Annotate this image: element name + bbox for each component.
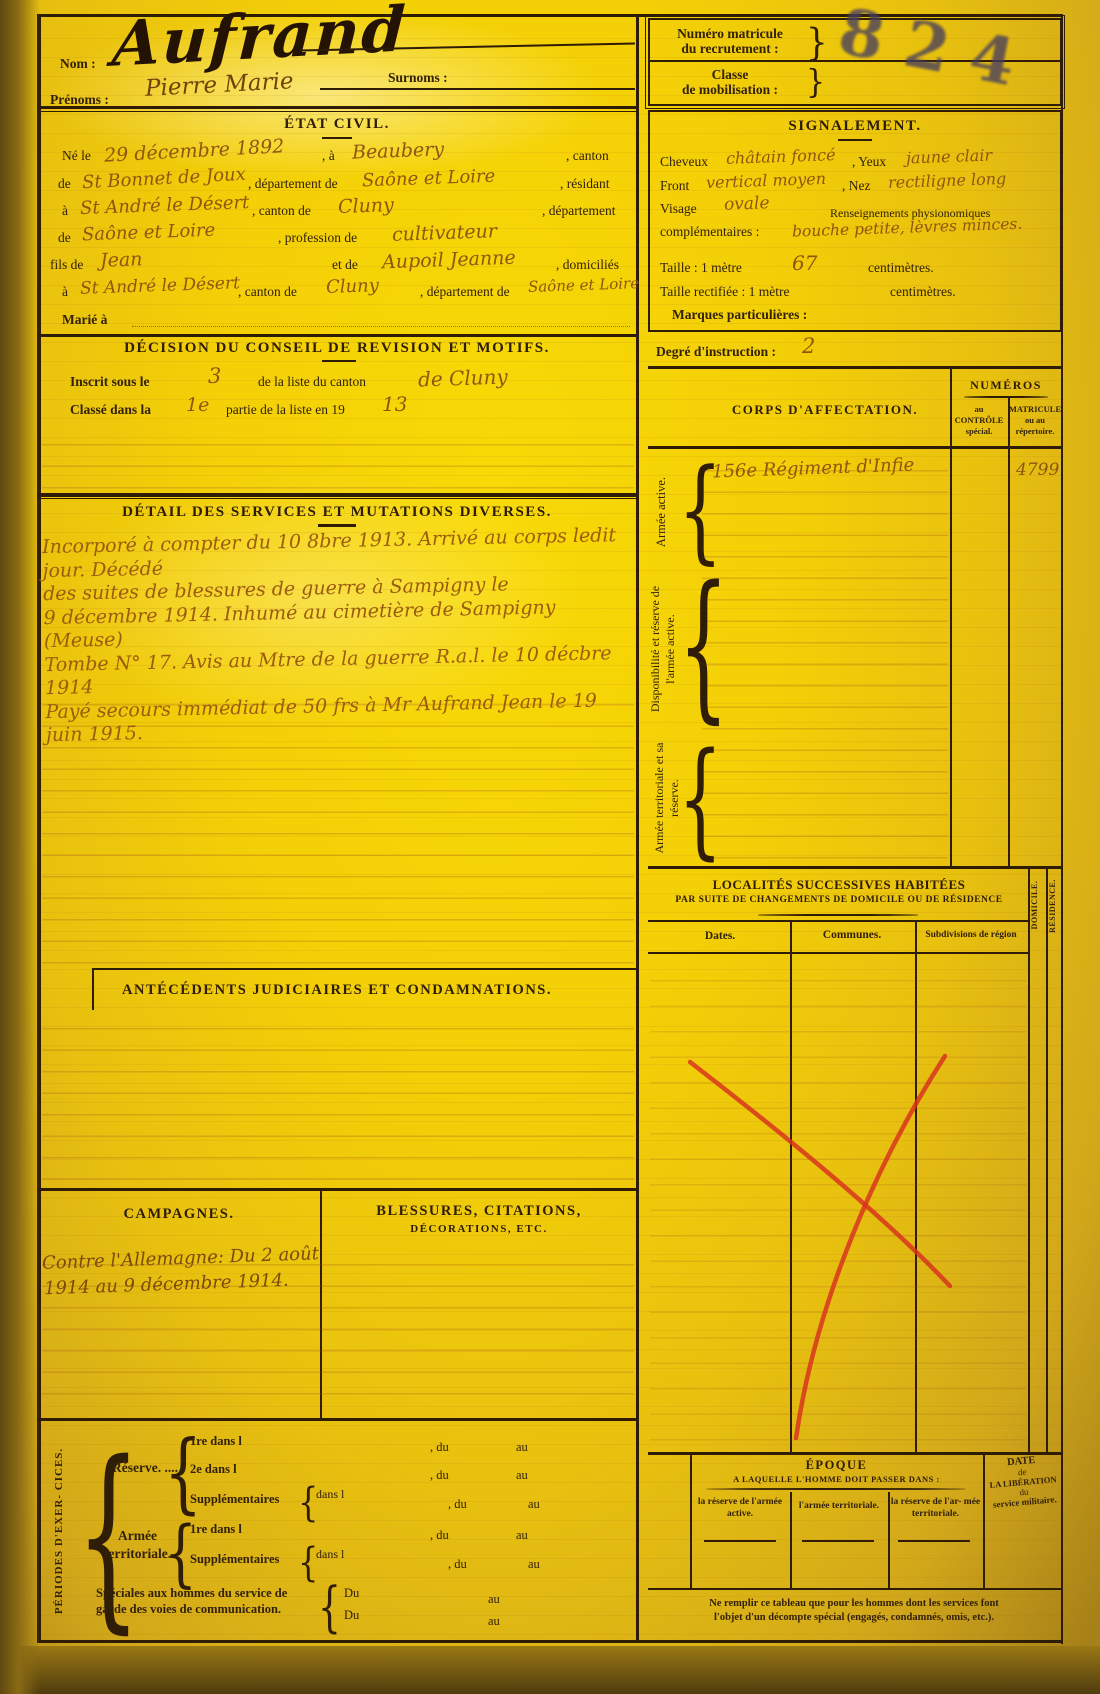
taille-rectifiee-unit: centimètres. (890, 284, 956, 300)
corps-bottom-rule (648, 866, 1062, 869)
de-label: de (58, 176, 71, 192)
controle-header-1: au (950, 404, 1008, 414)
communes-col-header: Communes. (790, 929, 914, 941)
controle-col-line (950, 369, 952, 866)
inscrit-label: Inscrit sous le (70, 374, 150, 390)
numeros-squiggle (964, 396, 1048, 398)
du-label: , du (430, 1468, 449, 1483)
et-de-label: et de (332, 257, 358, 273)
father-name-value: Jean (100, 248, 143, 271)
blessures-title: BLESSURES, CITATIONS, (322, 1203, 636, 1220)
taille-label: Taille : 1 mètre (660, 260, 742, 276)
classe-mobilisation-label-1: Classe (656, 67, 804, 83)
epoque-note-line1: Ne remplir ce tableau que pour les homme… (652, 1598, 1056, 1609)
epoque-col1-underline (704, 1540, 776, 1542)
departement-word: , département (542, 203, 615, 219)
classe-label: Classé dans la (70, 402, 151, 418)
speciales-brace: { (318, 1582, 341, 1636)
epoque-col2-header: l'armée territoriale. (792, 1500, 886, 1512)
marie-blank-line (132, 326, 630, 327)
taille-rectifiee-label: Taille rectifiée : 1 mètre (660, 284, 789, 300)
epoque-bottom-rule (648, 1588, 1062, 1590)
nez-label: , Nez (842, 178, 870, 194)
corps-blank-lines (702, 450, 948, 864)
matricule-col-line (1008, 398, 1010, 866)
au-label: au (488, 1614, 500, 1629)
residence-departement-value: Saône et Loire (82, 220, 216, 246)
du-cap-label: Du (344, 1586, 359, 1601)
birth-departement-value: Saône et Loire (362, 166, 496, 192)
du-label: , du (430, 1440, 449, 1455)
classe-partie-value: 1e (186, 394, 209, 416)
speciales-label-1: Spéciales aux hommes du service de (96, 1586, 287, 1601)
etat-civil-bottom-rule (37, 334, 636, 337)
subdiv-col-header: Subdivisions de région (915, 930, 1027, 940)
corps-matricule-value: 4799 (1016, 460, 1059, 480)
antecedents-title: ANTÉCÉDENTS JUDICIAIRES ET CONDAMNATIONS… (38, 982, 636, 999)
mother-name-value: Aupoil Jeanne (382, 247, 516, 274)
residence-vertical-label: RÉSIDENCE. (1048, 874, 1064, 938)
signalement-title-rule (838, 139, 872, 141)
au-label: au (516, 1468, 528, 1483)
reserve-suppl-label: Supplémentaires (190, 1492, 279, 1507)
scanned-register-page: Aufrand Nom : Prénoms : Pierre Marie Sur… (0, 0, 1100, 1694)
blessures-subtitle: DÉCORATIONS, ETC. (322, 1223, 636, 1235)
canton-de-label: , canton de (252, 203, 311, 219)
au-label: au (528, 1497, 540, 1512)
surnoms-label: Surnoms : (388, 70, 448, 86)
birth-date-value: 29 décembre 1892 (104, 135, 285, 166)
campagnes-title: CAMPAGNES. (38, 1206, 320, 1223)
au-label: au (516, 1440, 528, 1455)
taille-unit: centimètres. (868, 260, 934, 276)
services-title: DÉTAIL DES SERVICES ET MUTATIONS DIVERSE… (38, 504, 636, 521)
canton-de-label-2: , canton de (238, 284, 297, 300)
localites-header-top-rule (648, 920, 1028, 922)
armee-territoriale-label-1: Armée (118, 1528, 157, 1544)
epoque-col3-header: la réserve de l'ar- mée territoriale. (890, 1496, 981, 1520)
corps-affectation-header: CORPS D'AFFECTATION. (700, 402, 950, 418)
epoque-subtitle: A LAQUELLE L'HOMME DOIT PASSER DANS : (690, 1474, 983, 1484)
classe-mobilisation-label-2: de mobilisation : (656, 82, 804, 98)
binding-gutter-shadow (0, 0, 40, 1694)
speciales-label-2: garde des voies de communication. (96, 1602, 281, 1617)
nom-label: Nom : (60, 56, 96, 72)
parents-canton-value: Cluny (326, 275, 380, 298)
front-label: Front (660, 178, 689, 194)
header-divider (37, 106, 636, 109)
services-top-rule-thin (37, 498, 636, 499)
epoque-title: ÉPOQUE (690, 1458, 983, 1473)
complementaires-label: complémentaires : (660, 224, 759, 240)
visage-value: ovale (724, 193, 770, 215)
services-title-rule (318, 524, 356, 527)
birth-place-value: Beaubery (352, 138, 445, 163)
services-top-rule (37, 493, 636, 497)
armee-territoriale-label-2: territoriale. (104, 1546, 171, 1562)
marques-label: Marques particulières : (672, 307, 807, 323)
domicilies-word: , domiciliés (556, 257, 619, 273)
residant-word: , résidant (560, 176, 610, 192)
territoriale-row1-label: 1re dans l (190, 1522, 242, 1537)
degre-instruction-value: 2 (802, 334, 815, 358)
residence-canton-value: Cluny (338, 194, 395, 218)
controle-header-2: CONTRÔLE (950, 415, 1008, 425)
numero-matricule-label-2: du recrutement : (656, 41, 804, 57)
residence-value: St André le Désert (80, 192, 250, 219)
matricule-header-3: répertoire. (1008, 426, 1062, 436)
liste-canton-value: de Cluny (418, 364, 509, 391)
profession-de-label: , profession de (278, 230, 357, 246)
dates-col-header: Dates. (652, 930, 788, 942)
antecedents-blank-lines (42, 1008, 634, 1184)
birth-canton-value: St Bonnet de Joux (82, 164, 247, 194)
territoriale-suppl-label: Supplémentaires (190, 1552, 279, 1567)
surnoms-rule (320, 88, 635, 90)
au-label: au (516, 1528, 528, 1543)
profession-value: cultivateur (392, 220, 498, 246)
de-label-2: de (58, 230, 71, 246)
epoque-col3-underline (898, 1540, 970, 1542)
frame-bottom (37, 1640, 1063, 1643)
reserve-row2-label: 2e dans l (190, 1462, 237, 1477)
frame-middle-divider (636, 14, 639, 1642)
yeux-value: jaune clair (906, 146, 993, 168)
decision-title: DÉCISION DU CONSEIL DE REVISION ET MOTIF… (38, 340, 636, 357)
fils-de-label: fils de (50, 257, 83, 273)
canton-word: , canton (566, 148, 609, 164)
departement-de-label: , département de (248, 176, 338, 192)
partie-liste-label: partie de la liste en 19 (226, 402, 345, 418)
marie-a-label: Marié à (62, 312, 107, 328)
domicile-vertical-label: DOMICILE. (1030, 874, 1046, 936)
parents-residence-value: St André le Désert (80, 273, 241, 299)
degre-bottom-rule (648, 366, 1062, 369)
localites-title: LOCALITÉS SUCCESSIVES HABITÉES (650, 877, 1028, 893)
inscrit-number-value: 3 (208, 364, 221, 388)
dans-l-label: dans l (316, 1547, 344, 1562)
disponibilite-group-label: Disponibilité et réserve de l'armée acti… (648, 570, 682, 728)
etat-civil-title-rule (322, 137, 352, 139)
liste-canton-label: de la liste du canton (258, 374, 366, 390)
degre-instruction-label: Degré d'instruction : (656, 344, 776, 360)
a-label-2: à (62, 203, 68, 219)
epoque-squiggle (706, 1488, 966, 1490)
campagnes-top-rule (37, 1188, 636, 1191)
localites-squiggle (758, 914, 918, 916)
ne-le-label: Né le (62, 148, 91, 164)
residence-col-line (1046, 868, 1048, 1452)
domicile-col-line (1028, 868, 1030, 1452)
services-blank-lines (42, 684, 634, 964)
a-label-3: à (62, 284, 68, 300)
au-label: au (488, 1592, 500, 1607)
header-divider-thin (37, 111, 636, 112)
territoriale-group-brace: { (678, 736, 723, 862)
decision-blank-lines (42, 424, 634, 490)
classe-brace: } (806, 66, 825, 99)
du-cap-label: Du (344, 1608, 359, 1623)
localites-subtitle: PAR SUITE DE CHANGEMENTS DE DOMICILE OU … (650, 895, 1028, 905)
numero-matricule-label-1: Numéro matricule (656, 26, 804, 42)
matricule-header-2: ou au (1008, 415, 1062, 425)
du-label: , du (448, 1557, 467, 1572)
surname-script: Aufrand (110, 0, 409, 81)
reserve-row1-label: 1re dans l (190, 1434, 242, 1449)
etat-civil-title: ÉTAT CIVIL. (38, 116, 636, 133)
yeux-label: , Yeux (852, 154, 886, 170)
matricule-header-1: MATRICULE (1008, 404, 1062, 414)
numero-brace: } (806, 24, 828, 61)
parents-departement-value: Saône et Loire (528, 274, 640, 296)
localites-bottom-rule (648, 1452, 1062, 1455)
epoque-note-line2: l'objet d'un décompte spécial (engagés, … (652, 1612, 1056, 1623)
du-label: , du (430, 1528, 449, 1543)
cheveux-label: Cheveux (660, 154, 708, 170)
departement-de-label-2: , département de (420, 284, 510, 300)
du-label: , du (448, 1497, 467, 1512)
controle-header-3: spécial. (950, 426, 1008, 436)
epoque-col2-underline (802, 1540, 874, 1542)
epoque-col1-header: la réserve de l'armée active. (692, 1496, 788, 1520)
numeros-header: NUMÉROS (950, 378, 1062, 393)
localites-header-bottom-rule (648, 952, 1028, 954)
liste-year-value: 13 (382, 392, 407, 416)
cheveux-value: châtain foncé (726, 145, 836, 168)
signalement-title: SIGNALEMENT. (648, 118, 1062, 135)
visage-label: Visage (660, 201, 697, 217)
a-label: , à (322, 148, 335, 164)
au-label: au (528, 1557, 540, 1572)
decision-title-rule (322, 360, 356, 362)
disponibilite-brace: { (678, 566, 729, 726)
localites-blank-lines (650, 956, 1026, 1448)
antecedents-top-rule (92, 968, 636, 970)
taille-value: 67 (792, 251, 817, 275)
dans-l-label: dans l (316, 1487, 344, 1502)
page-bottom-shadow (0, 1646, 1100, 1694)
